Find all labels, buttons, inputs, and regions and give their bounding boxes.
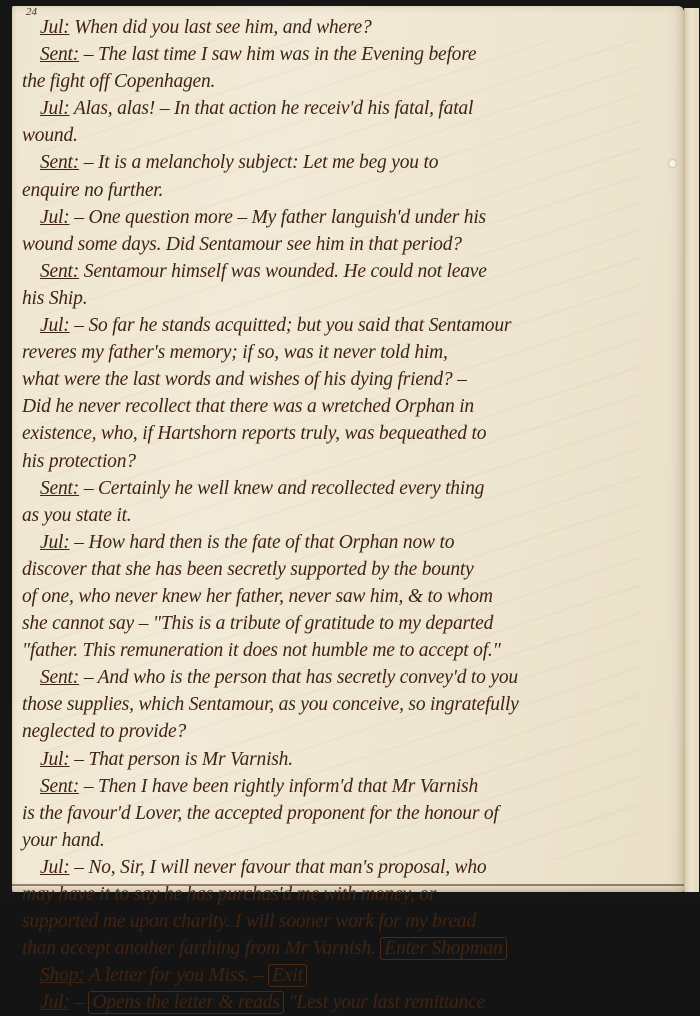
line-text: – It is a melancholy subject: Let me beg… <box>84 152 439 173</box>
manuscript-line: enquire no further. <box>22 177 662 204</box>
line-text: – One question more – My father languish… <box>74 207 486 228</box>
speaker-label: Jul: <box>40 207 70 228</box>
manuscript-line: Jul: When did you last see him, and wher… <box>22 14 662 41</box>
manuscript-line: wound. <box>22 122 662 149</box>
paper-blemish <box>669 160 676 167</box>
manuscript-line: Sent: – And who is the person that has s… <box>22 664 662 691</box>
manuscript-line: his Ship. <box>22 285 662 312</box>
manuscript-line: his protection? <box>22 448 662 475</box>
line-text: your hand. <box>22 830 105 851</box>
manuscript-line: she cannot say – "This is a tribute of g… <box>22 610 662 637</box>
line-text: – How hard then is the fate of that Orph… <box>74 532 454 553</box>
manuscript-line: those supplies, which Sentamour, as you … <box>22 691 662 718</box>
speaker-label: Jul: <box>40 98 70 119</box>
line-text: existence, who, if Hartshorn reports tru… <box>22 423 486 444</box>
manuscript-line: what were the last words and wishes of h… <box>22 366 662 393</box>
speaker-label: Jul: <box>40 749 70 770</box>
manuscript-line: wound some days. Did Sentamour see him i… <box>22 231 662 258</box>
speaker-label: Sent: <box>40 776 79 797</box>
manuscript-line: Jul: – No, Sir, I will never favour that… <box>22 854 662 881</box>
manuscript-line: as you state it. <box>22 502 662 529</box>
line-text: – And who is the person that has secretl… <box>84 667 518 688</box>
line-text: enquire no further. <box>22 180 163 201</box>
line-text: those supplies, which Sentamour, as you … <box>22 694 519 715</box>
line-text: reveres my father's memory; if so, was i… <box>22 342 448 363</box>
manuscript-line: Sent: – The last time I saw him was in t… <box>22 41 662 68</box>
line-text: – The last time I saw him was in the Eve… <box>84 44 477 65</box>
line-text: discover that she has been secretly supp… <box>22 559 474 580</box>
line-text: she cannot say – "This is a tribute of g… <box>22 613 493 634</box>
line-text: Sentamour himself was wounded. He could … <box>84 261 487 282</box>
next-page-edge <box>684 8 699 892</box>
manuscript-text: Jul: When did you last see him, and wher… <box>22 14 662 901</box>
line-text: – That person is Mr Varnish. <box>74 749 293 770</box>
line-text: wound some days. Did Sentamour see him i… <box>22 234 462 255</box>
manuscript-line: the fight off Copenhagen. <box>22 68 662 95</box>
manuscript-line: Did he never recollect that there was a … <box>22 393 662 420</box>
speaker-label: Sent: <box>40 261 79 282</box>
manuscript-line: is the favour'd Lover, the accepted prop… <box>22 800 662 827</box>
manuscript-line: of one, who never knew her father, never… <box>22 583 662 610</box>
line-text: – Then I have been rightly inform'd that… <box>84 776 478 797</box>
line-text: of one, who never knew her father, never… <box>22 586 493 607</box>
line-text: When did you last see him, and where? <box>74 17 371 38</box>
manuscript-line: may have it to say he has purchas'd me w… <box>22 881 662 901</box>
line-text: what were the last words and wishes of h… <box>22 369 467 390</box>
speaker-label: Sent: <box>40 44 79 65</box>
manuscript-line: Jul: – That person is Mr Varnish. <box>22 746 662 773</box>
line-text: – Certainly he well knew and recollected… <box>84 478 484 499</box>
line-text: Alas, alas! – In that action he receiv'd… <box>74 98 473 119</box>
speaker-label: Sent: <box>40 478 79 499</box>
speaker-label: Jul: <box>40 315 70 336</box>
line-text: – So far he stands acquitted; but you sa… <box>74 315 511 336</box>
speaker-label: Jul: <box>40 17 70 38</box>
line-text: Did he never recollect that there was a … <box>22 396 474 417</box>
line-text: as you state it. <box>22 505 131 526</box>
speaker-label: Sent: <box>40 152 79 173</box>
manuscript-line: Sent: – It is a melancholy subject: Let … <box>22 149 662 176</box>
line-text: the fight off Copenhagen. <box>22 71 215 92</box>
line-text: his protection? <box>22 451 136 472</box>
line-text: neglected to provide? <box>22 721 186 742</box>
manuscript-line: existence, who, if Hartshorn reports tru… <box>22 420 662 447</box>
manuscript-line: Jul: Alas, alas! – In that action he rec… <box>22 95 662 122</box>
manuscript-line: Jul: – One question more – My father lan… <box>22 204 662 231</box>
speaker-label: Jul: <box>40 532 70 553</box>
manuscript-line: Sent: – Certainly he well knew and recol… <box>22 475 662 502</box>
manuscript-line: Jul: – So far he stands acquitted; but y… <box>22 312 662 339</box>
line-text: is the favour'd Lover, the accepted prop… <box>22 803 499 824</box>
line-text: "father. This remuneration it does not h… <box>22 640 501 661</box>
manuscript-line: Sent: Sentamour himself was wounded. He … <box>22 258 662 285</box>
manuscript-line: reveres my father's memory; if so, was i… <box>22 339 662 366</box>
manuscript-line: Sent: – Then I have been rightly inform'… <box>22 773 662 800</box>
manuscript-line: discover that she has been secretly supp… <box>22 556 662 583</box>
line-text: – No, Sir, I will never favour that man'… <box>74 857 486 878</box>
line-text: may have it to say he has purchas'd me w… <box>22 884 436 901</box>
speaker-label: Sent: <box>40 667 79 688</box>
manuscript-line: "father. This remuneration it does not h… <box>22 637 662 664</box>
manuscript-line: Jul: – How hard then is the fate of that… <box>22 529 662 556</box>
line-text: wound. <box>22 125 78 146</box>
manuscript-line: your hand. <box>22 827 662 854</box>
speaker-label: Jul: <box>40 857 70 878</box>
manuscript-line: neglected to provide? <box>22 718 662 745</box>
line-text: his Ship. <box>22 288 87 309</box>
